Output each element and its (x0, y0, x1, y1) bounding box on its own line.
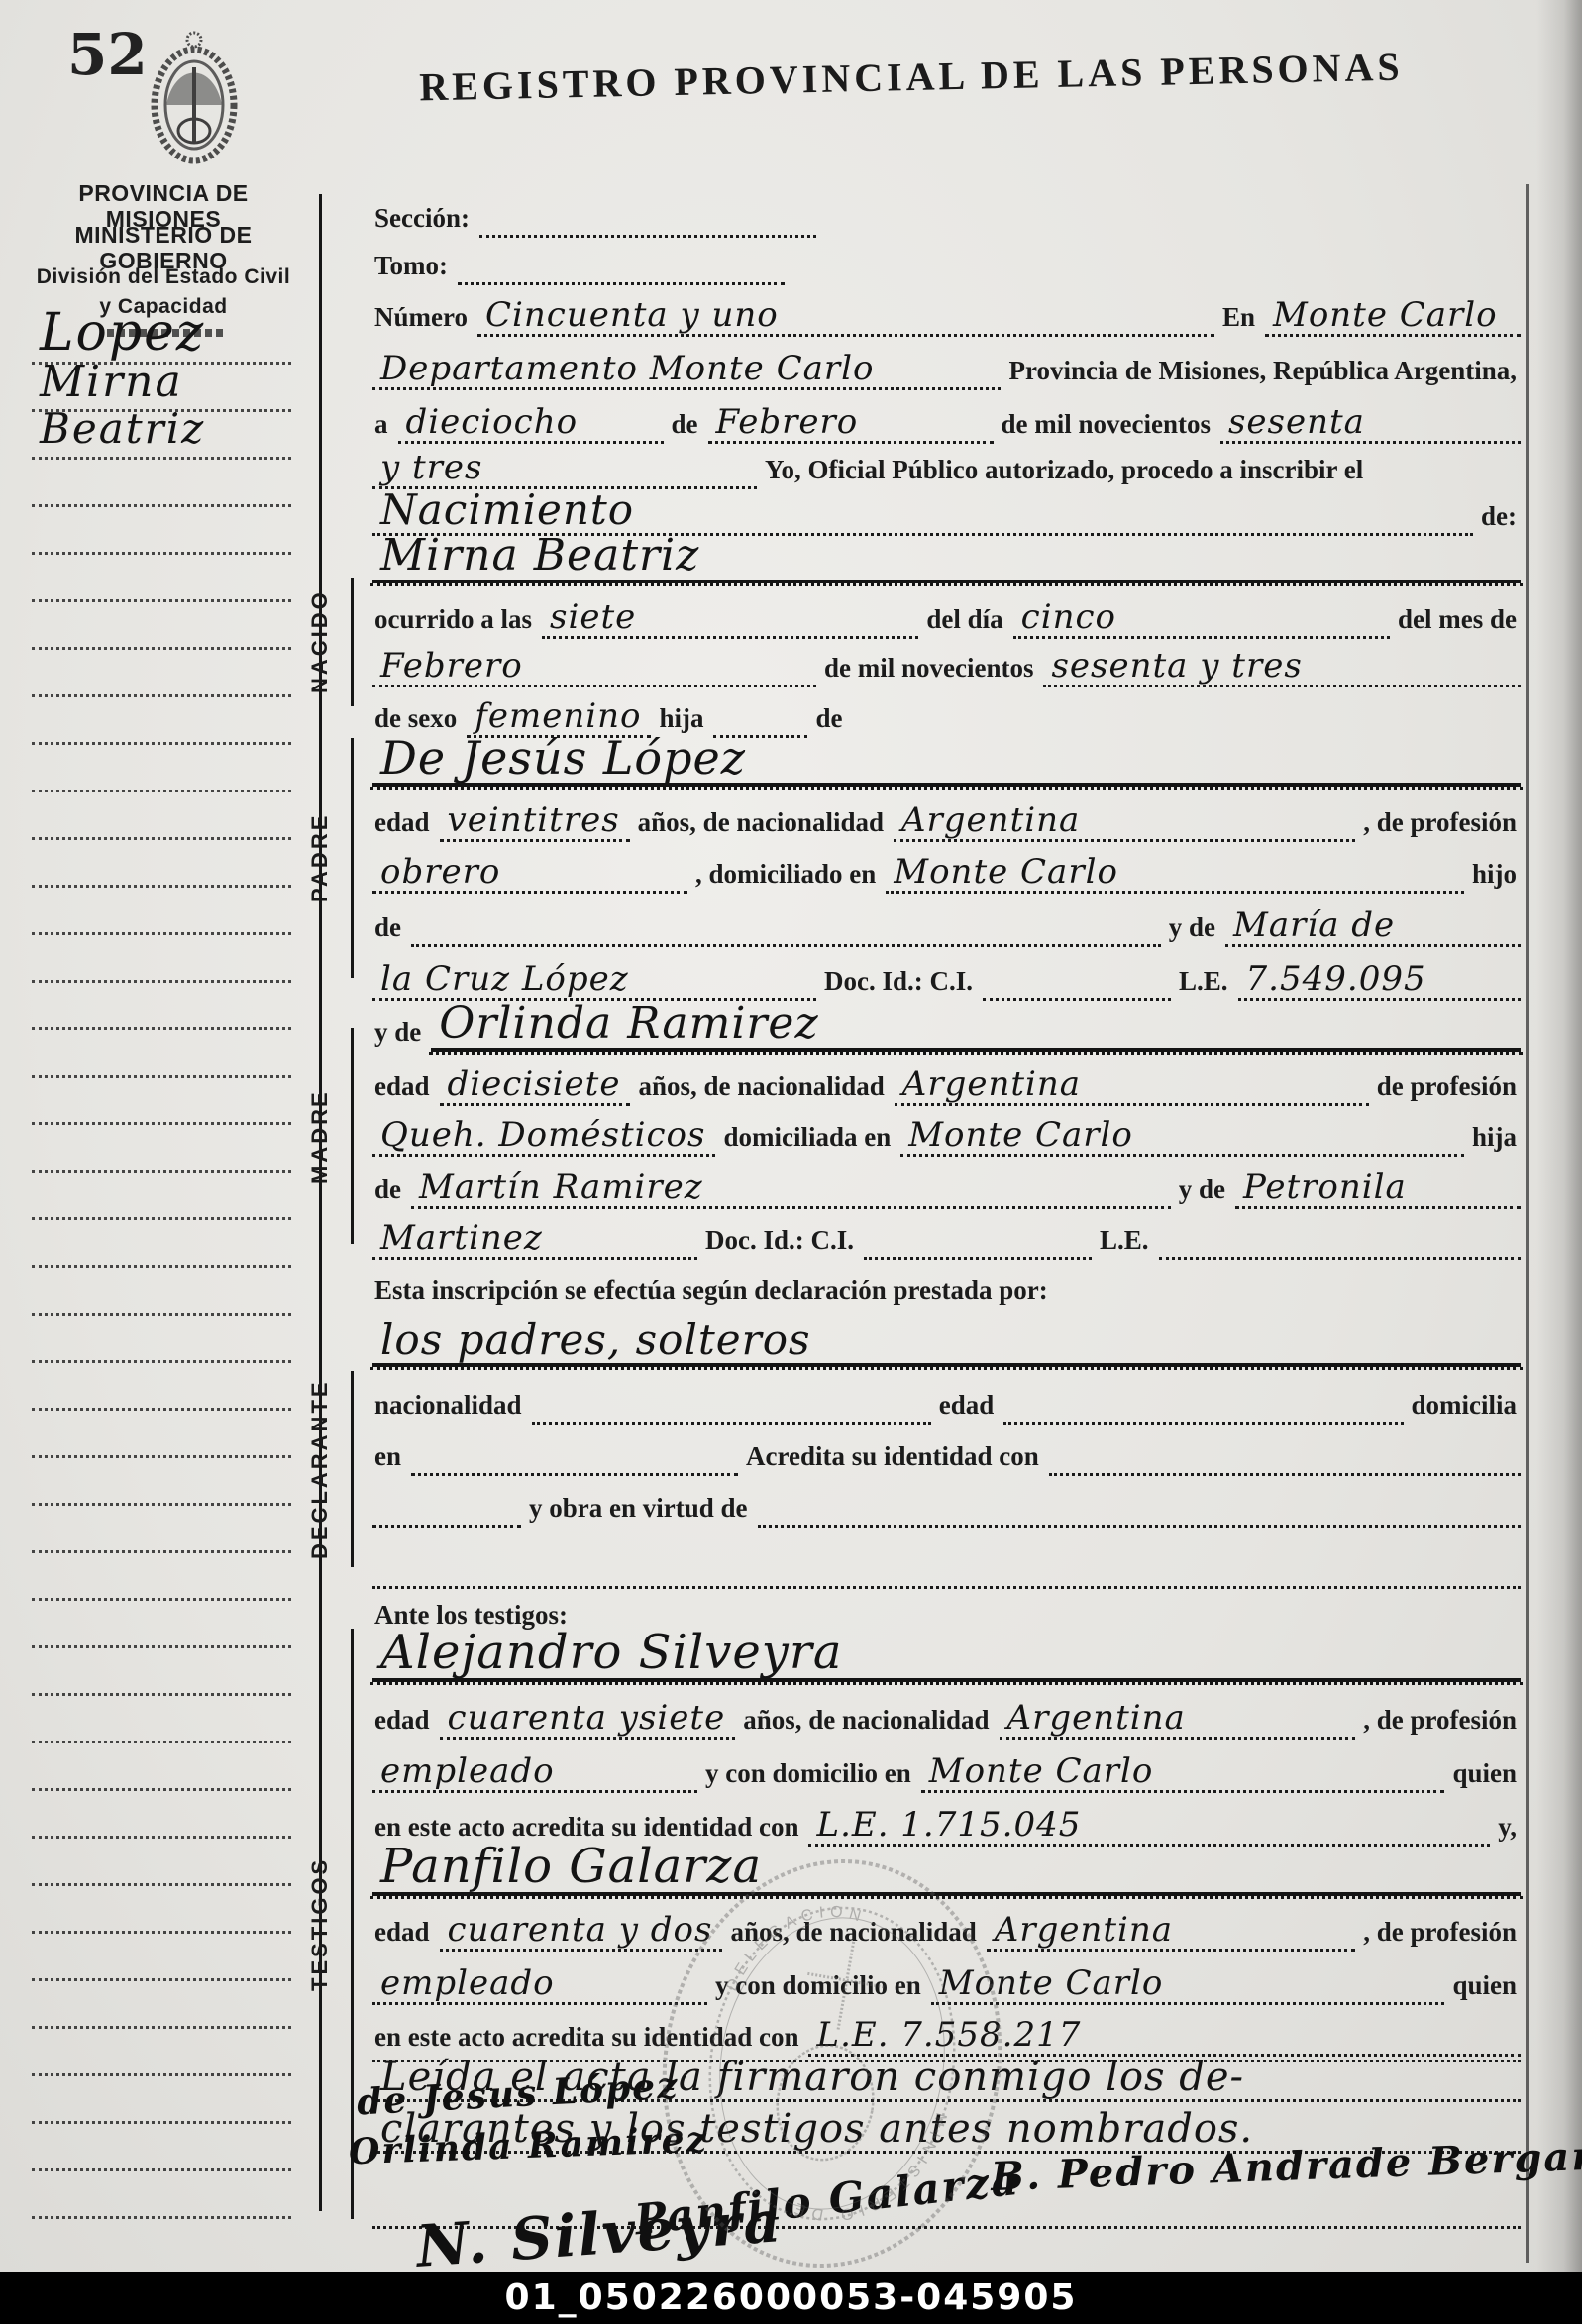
margin-middlename: Beatriz (40, 408, 205, 450)
printed-label: edad (372, 1071, 434, 1106)
handwritten-entry: Martín Ramirez (411, 1170, 1171, 1209)
handwritten-entry: Argentina (894, 803, 1355, 842)
form-line-20: deMartín Ramirezy dePetronila (372, 1165, 1521, 1209)
handwritten-entry: siete (542, 600, 918, 639)
handwritten-entry: la Cruz López (372, 962, 816, 1001)
handwritten-entry: Cincuenta y uno (477, 298, 1214, 337)
section-label-declarante: DECLARANTE (309, 1371, 331, 1567)
handwritten-entry: sesenta (1220, 405, 1521, 444)
org-line-division: División del Estado Civil (26, 265, 301, 289)
handwritten-entry: obrero (372, 855, 687, 894)
printed-label: a (372, 409, 392, 444)
printed-label: nacionalidad (372, 1390, 526, 1425)
section-label-padre: PADRE (309, 738, 331, 978)
handwritten-entry: De Jesús López (372, 735, 1521, 787)
form-line-14: obrero, domiciliado enMonte Carlohijo (372, 850, 1521, 894)
form-line-17: y deOrlinda Ramirez (372, 1008, 1521, 1052)
handwritten-entry: diecisiete (440, 1067, 631, 1106)
margin-ruled-line (32, 1978, 291, 1981)
handwritten-entry: Febrero (708, 405, 994, 444)
handwritten-entry: empleado (372, 1754, 697, 1793)
margin-ruled-line (32, 1741, 291, 1743)
section-bracket-madre (351, 1028, 354, 1244)
printed-label: y de (1177, 1174, 1229, 1209)
blank-field (372, 1574, 1521, 1589)
handwritten-entry: Monte Carlo (921, 1754, 1445, 1793)
form-right-border (1526, 184, 1529, 2263)
printed-label: Tomo: (372, 251, 452, 285)
margin-ruled-line (32, 504, 291, 507)
printed-label: L.E. (1098, 1225, 1153, 1260)
printed-label: hija (1470, 1122, 1521, 1157)
printed-label: Sección: (372, 203, 474, 238)
handwritten-entry: sesenta y tres (1043, 649, 1521, 687)
blank-field (532, 1410, 931, 1425)
printed-label: de mil novecientos (1000, 409, 1214, 444)
handwritten-entry: Mirna Beatriz (372, 534, 1521, 583)
handwritten-entry: Febrero (372, 649, 816, 687)
printed-label: años, de nacionalidad (741, 1705, 993, 1740)
handwritten-entry: Monte Carlo (1265, 298, 1521, 337)
form-line-27 (372, 1545, 1521, 1589)
margin-ruled-line (32, 1313, 291, 1316)
printed-label: edad (372, 1917, 434, 1952)
margin-ruled-line (32, 885, 291, 888)
margin-ruled-line (32, 1931, 291, 1934)
form-line-31: empleadoy con domicilio enMonte Carloqui… (372, 1749, 1521, 1793)
margin-ruled-line (32, 1170, 291, 1173)
scan-code: 01_050226000053-045905 (505, 2280, 1078, 2316)
handwritten-entry: Monte Carlo (900, 1118, 1464, 1157)
printed-label: , de profesión (1361, 1917, 1521, 1952)
form-line-9: ocurrido a lassietedel díacincodel mes d… (372, 595, 1521, 639)
handwritten-entry: Argentina (1000, 1701, 1356, 1740)
margin-ruled-line (32, 1360, 291, 1363)
stamp-text-top: DELEGACION (723, 1904, 868, 1994)
svg-text:DELEGACION: DELEGACION (723, 1904, 868, 1994)
margin-ruled-line (32, 1550, 291, 1553)
form-line-15: dey deMaría de (372, 903, 1521, 947)
blank-field (1003, 1410, 1403, 1425)
printed-label: Yo, Oficial Público autorizado, procedo … (763, 455, 1367, 489)
form-line-3: NúmeroCincuenta y unoEnMonte Carlo (372, 293, 1521, 337)
margin-ruled-line (32, 1075, 291, 1078)
form-line-26: y obra en virtud de (372, 1484, 1521, 1528)
margin-ruled-line (32, 1883, 291, 1886)
form-line-22: Esta inscripción se efectúa según declar… (372, 1266, 1521, 1310)
margin-ruled-line (32, 1645, 291, 1648)
form-line-18: edaddiecisieteaños, de nacionalidadArgen… (372, 1062, 1521, 1106)
handwritten-entry: Martinez (372, 1221, 697, 1260)
margin-ruled-line (32, 694, 291, 697)
printed-label: Acredita su identidad con (744, 1441, 1043, 1476)
printed-label: y, (1496, 1812, 1521, 1847)
printed-label: hijo (1470, 859, 1521, 894)
handwritten-entry: Queh. Domésticos (372, 1118, 715, 1157)
handwritten-entry: María de (1225, 908, 1521, 947)
margin-ruled-line (32, 409, 291, 412)
printed-label: Doc. Id.: C.I. (703, 1225, 858, 1260)
blank-field (1159, 1245, 1521, 1260)
scanned-birth-certificate: 52 REGISTRO PROVINCIAL DE LAS PERSONAS P… (0, 0, 1582, 2324)
printed-label: edad (937, 1390, 999, 1425)
form-line-30: edadcuarenta ysieteaños, de nacionalidad… (372, 1696, 1521, 1740)
printed-label: L.E. (1177, 966, 1232, 1001)
margin-ruled-line (32, 1836, 291, 1839)
form-line-23: los padres, solteros (372, 1323, 1521, 1367)
form-line-10: Febrerode mil novecientossesenta y tres (372, 644, 1521, 687)
scan-code-bar: 01_050226000053-045905 (0, 2272, 1582, 2324)
margin-ruled-line (32, 2168, 291, 2171)
printed-label: y de (372, 1017, 425, 1052)
printed-label: Número (372, 302, 472, 337)
oval-ink-stamp: DELEGACION MINISTERIO DE (594, 1850, 1070, 2286)
margin-ruled-line (32, 2073, 291, 2076)
section-label-madre: MADRE (309, 1028, 331, 1244)
handwritten-entry: L.E. 1.715.045 (808, 1808, 1490, 1847)
handwritten-entry: cuarenta ysiete (440, 1701, 736, 1740)
blank-field (411, 932, 1161, 947)
margin-ruled-line (32, 2121, 291, 2124)
printed-label: edad (372, 807, 434, 842)
margin-ruled-line (32, 362, 291, 365)
argentina-coat-of-arms-icon (147, 24, 242, 170)
handwritten-entry: veintitres (440, 803, 630, 842)
blank-field (458, 270, 785, 285)
section-label-nacido: NACIDO (309, 578, 331, 706)
form-line-29: Alejandro Silveyra (372, 1638, 1521, 1682)
margin-ruled-line (32, 837, 291, 840)
printed-label: , domiciliado en (693, 859, 880, 894)
printed-label: del día (924, 604, 1006, 639)
margin-ruled-line (32, 1027, 291, 1030)
printed-label: años, de nacionalidad (636, 807, 888, 842)
handwritten-entry: Departamento Monte Carlo (372, 352, 1001, 390)
printed-label: En (1220, 302, 1259, 337)
margin-ruled-line (32, 1598, 291, 1601)
printed-label: de profesión (1375, 1071, 1521, 1106)
form-line-13: edadveintitresaños, de nacionalidadArgen… (372, 798, 1521, 842)
form-line-19: Queh. Domésticosdomiciliada enMonte Carl… (372, 1113, 1521, 1157)
printed-label: de (813, 703, 846, 738)
printed-label: de mil novecientos (822, 653, 1037, 687)
form-line-6: y tresYo, Oficial Público autorizado, pr… (372, 446, 1521, 489)
handwritten-entry: Monte Carlo (886, 855, 1464, 894)
printed-label: ocurrido a las (372, 604, 536, 639)
form-line-16: la Cruz LópezDoc. Id.: C.I.L.E.7.549.095 (372, 957, 1521, 1001)
blank-field (758, 1513, 1521, 1528)
section-bracket-declarante (351, 1371, 354, 1567)
printed-label: Doc. Id.: C.I. (822, 966, 977, 1001)
handwritten-entry: dieciocho (398, 405, 664, 444)
form-line-12: De Jesús López (372, 743, 1521, 787)
handwritten-entry: Petronila (1235, 1170, 1521, 1209)
margin-ruled-line (32, 980, 291, 983)
printed-label: quien (1450, 1758, 1521, 1793)
printed-label: y con domicilio en (703, 1758, 915, 1793)
printed-label: en (372, 1441, 405, 1476)
printed-label: del mes de (1396, 604, 1521, 639)
margin-ruled-line (32, 2026, 291, 2029)
page-number: 52 (67, 26, 148, 83)
page-edge-shadow (1536, 0, 1582, 2324)
form-line-4: Departamento Monte CarloProvincia de Mis… (372, 347, 1521, 390)
printed-label: de (372, 912, 405, 947)
blank-field (983, 986, 1171, 1001)
printed-label: , de profesión (1361, 1705, 1521, 1740)
printed-label: domicilia (1410, 1390, 1522, 1425)
printed-label: Esta inscripción se efectúa según declar… (372, 1275, 1052, 1310)
margin-ruled-line (32, 1455, 291, 1458)
margin-ruled-line (32, 790, 291, 792)
margin-ruled-line (32, 1693, 291, 1696)
form-line-21: MartinezDoc. Id.: C.I.L.E. (372, 1216, 1521, 1260)
blank-field (1049, 1461, 1521, 1476)
blank-field (864, 1245, 1092, 1260)
handwritten-entry: Orlinda Ramirez (431, 1003, 1521, 1052)
printed-label: años, de nacionalidad (636, 1071, 888, 1106)
margin-ruled-line (32, 1265, 291, 1268)
handwritten-entry: cinco (1013, 600, 1390, 639)
printed-label: edad (372, 1705, 434, 1740)
margin-ruled-line (32, 742, 291, 745)
handwritten-entry: y tres (372, 451, 757, 489)
margin-firstname: Mirna (40, 361, 183, 404)
handwritten-entry: Argentina (895, 1067, 1369, 1106)
margin-ruled-line (32, 1788, 291, 1791)
printed-label: domiciliada en (721, 1122, 895, 1157)
printed-label: , de profesión (1361, 807, 1521, 842)
margin-ruled-line (32, 2216, 291, 2219)
section-bracket-padre (351, 738, 354, 978)
margin-ruled-line (32, 552, 291, 555)
form-line-2: Tomo: (372, 242, 1521, 285)
form-line-5: adieciochodeFebrerode mil novecientosses… (372, 400, 1521, 444)
blank-field (372, 1513, 521, 1528)
printed-label: de: (1479, 501, 1521, 536)
margin-ruled-line (32, 1503, 291, 1506)
handwritten-entry: los padres, solteros (372, 1320, 1521, 1367)
blank-field (479, 223, 816, 238)
handwritten-entry: Nacimiento (372, 489, 1473, 536)
page-title: REGISTRO PROVINCIAL DE LAS PERSONAS (386, 45, 1437, 110)
margin-ruled-line (32, 647, 291, 650)
form-line-8: Mirna Beatriz (372, 540, 1521, 583)
form-line-24: nacionalidadedaddomicilia (372, 1381, 1521, 1425)
margin-ruled-line (32, 1217, 291, 1220)
printed-label: y obra en virtud de (527, 1493, 752, 1528)
section-bracket-nacido (351, 578, 354, 706)
margin-ruled-line (32, 599, 291, 602)
margin-surname: Lopez (40, 307, 205, 359)
margin-ruled-line (32, 932, 291, 935)
section-label-testigos: TESTIGOS (309, 1629, 331, 2219)
margin-ruled-line (32, 457, 291, 460)
blank-field (411, 1461, 738, 1476)
printed-label: de (670, 409, 702, 444)
printed-label: de (372, 1174, 405, 1209)
printed-label: y de (1167, 912, 1219, 947)
margin-ruled-line (32, 1408, 291, 1411)
form-line-25: enAcredita su identidad con (372, 1432, 1521, 1476)
printed-label: quien (1450, 1970, 1521, 2005)
handwritten-entry: 7.549.095 (1238, 962, 1521, 1001)
handwritten-entry: Alejandro Silveyra (372, 1629, 1521, 1682)
printed-label: Provincia de Misiones, República Argenti… (1006, 356, 1521, 390)
margin-ruled-line (32, 1122, 291, 1125)
form-line-1: Sección: (372, 194, 1521, 238)
